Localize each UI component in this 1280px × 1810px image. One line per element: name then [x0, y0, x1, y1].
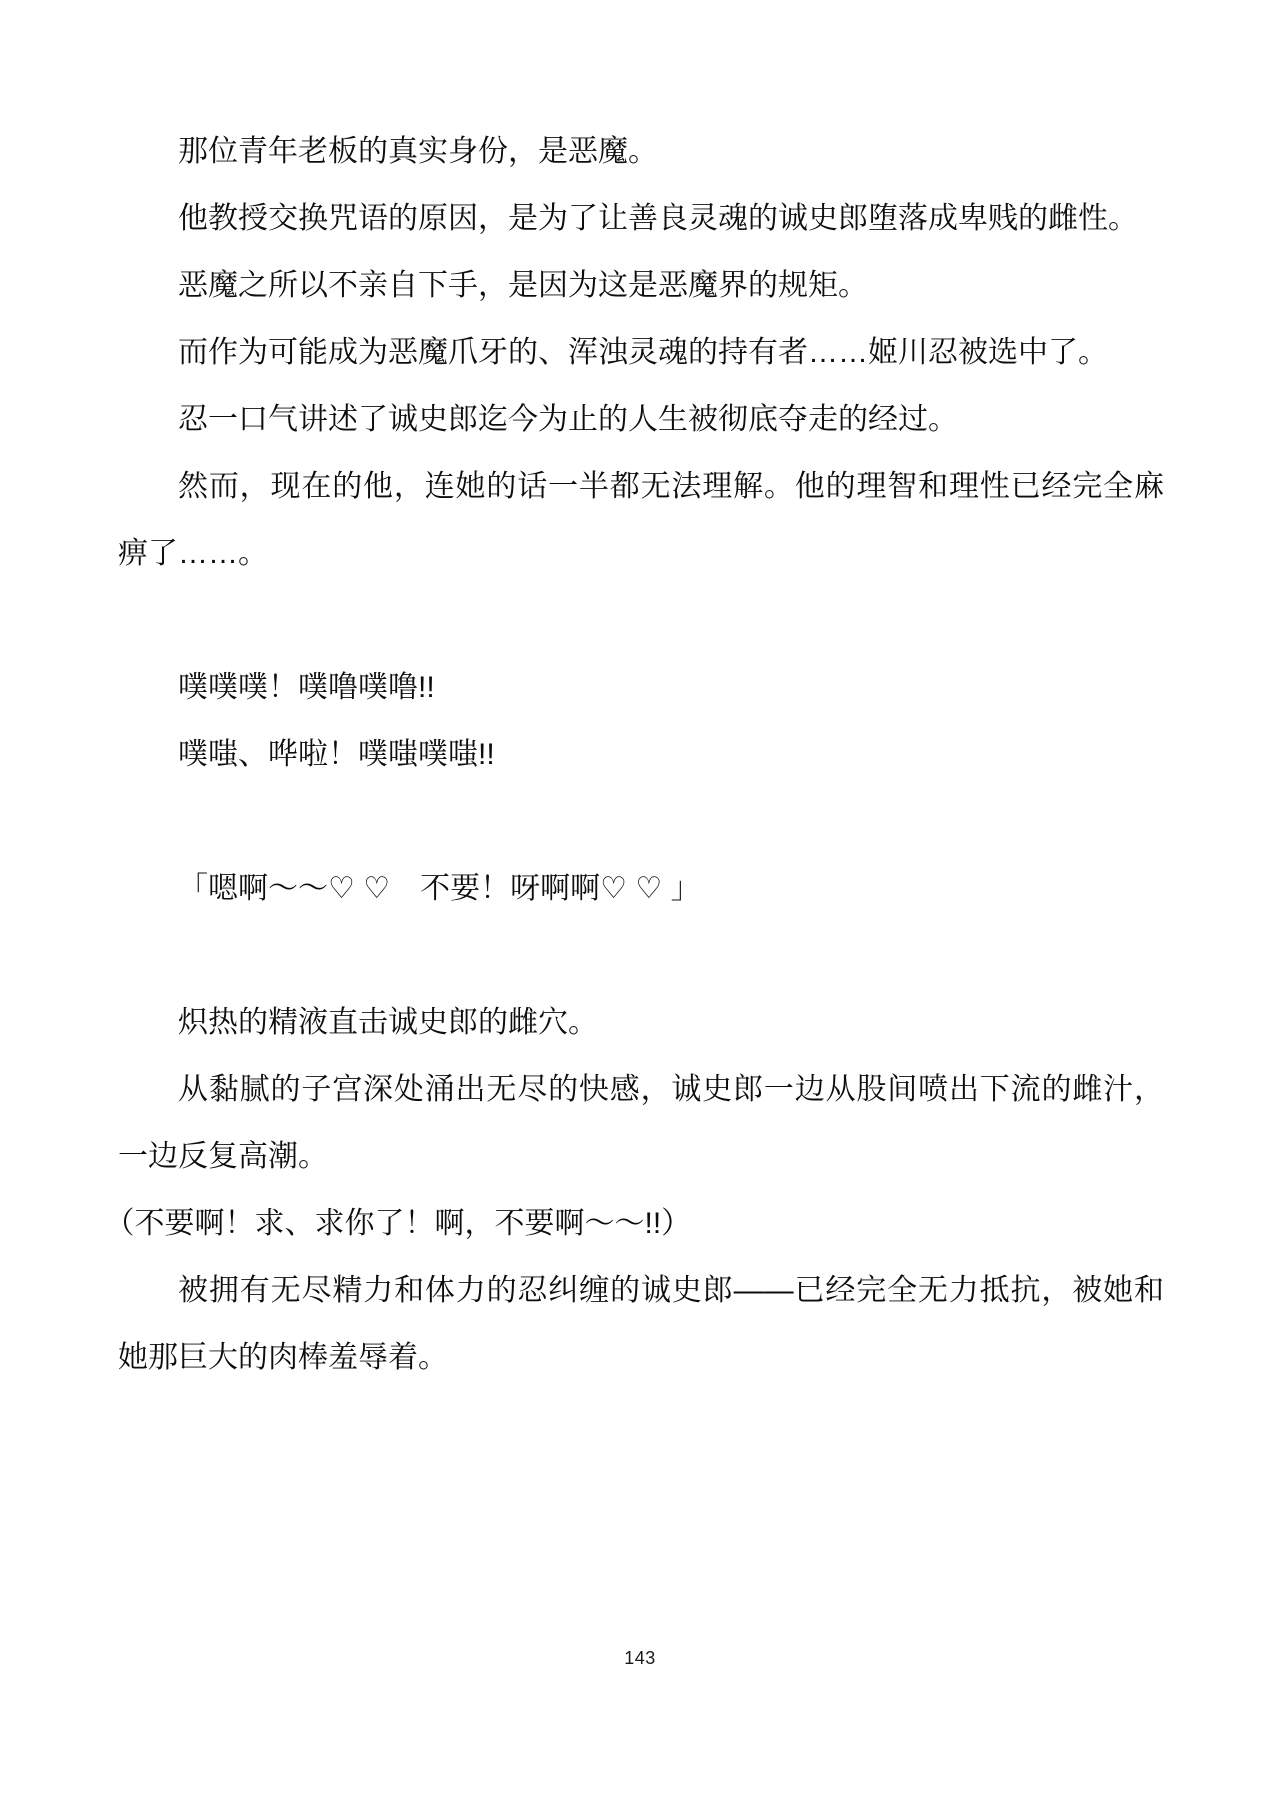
text-line: 痹了……。	[118, 520, 1164, 587]
text-line: 恶魔之所以不亲自下手，是因为这是恶魔界的规矩。	[118, 252, 1164, 319]
text-line: 从黏腻的子宫深处涌出无尽的快感，诚史郎一边从股间喷出下流的雌汁，	[118, 1056, 1164, 1123]
text-line-sfx: 噗噗噗！噗噜噗噜!!	[118, 654, 1164, 721]
text-line: 而作为可能成为恶魔爪牙的、浑浊灵魂的持有者……姬川忍被选中了。	[118, 319, 1164, 386]
text-line-dialogue: 「嗯啊～～♡ ♡ 不要！呀啊啊♡ ♡ 」	[118, 855, 1164, 922]
text-line: 那位青年老板的真实身份，是恶魔。	[118, 118, 1164, 185]
text-block: 那位青年老板的真实身份，是恶魔。 他教授交换咒语的原因，是为了让善良灵魂的诚史郎…	[118, 118, 1164, 1391]
text-line-parenthetical: （不要啊！求、求你了！啊，不要啊～～!!）	[118, 1190, 1164, 1257]
text-line: 被拥有无尽精力和体力的忍纠缠的诚史郎——已经完全无力抵抗，被她和	[118, 1257, 1164, 1324]
text-line: 然而，现在的他，连她的话一半都无法理解。他的理智和理性已经完全麻	[118, 453, 1164, 520]
text-line: 她那巨大的肉棒羞辱着。	[118, 1324, 1164, 1391]
text-line: 他教授交换咒语的原因，是为了让善良灵魂的诚史郎堕落成卑贱的雌性。	[118, 185, 1164, 252]
page-number: 143	[624, 1648, 656, 1668]
document-page: 那位青年老板的真实身份，是恶魔。 他教授交换咒语的原因，是为了让善良灵魂的诚史郎…	[0, 0, 1280, 1810]
text-line: 炽热的精液直击诚史郎的雌穴。	[118, 989, 1164, 1056]
text-line: 忍一口气讲述了诚史郎迄今为止的人生被彻底夺走的经过。	[118, 386, 1164, 453]
text-line-sfx: 噗嗤、哗啦！噗嗤噗嗤!!	[118, 721, 1164, 788]
text-line: 一边反复高潮。	[118, 1123, 1164, 1190]
page-footer: 143	[0, 1648, 1280, 1669]
